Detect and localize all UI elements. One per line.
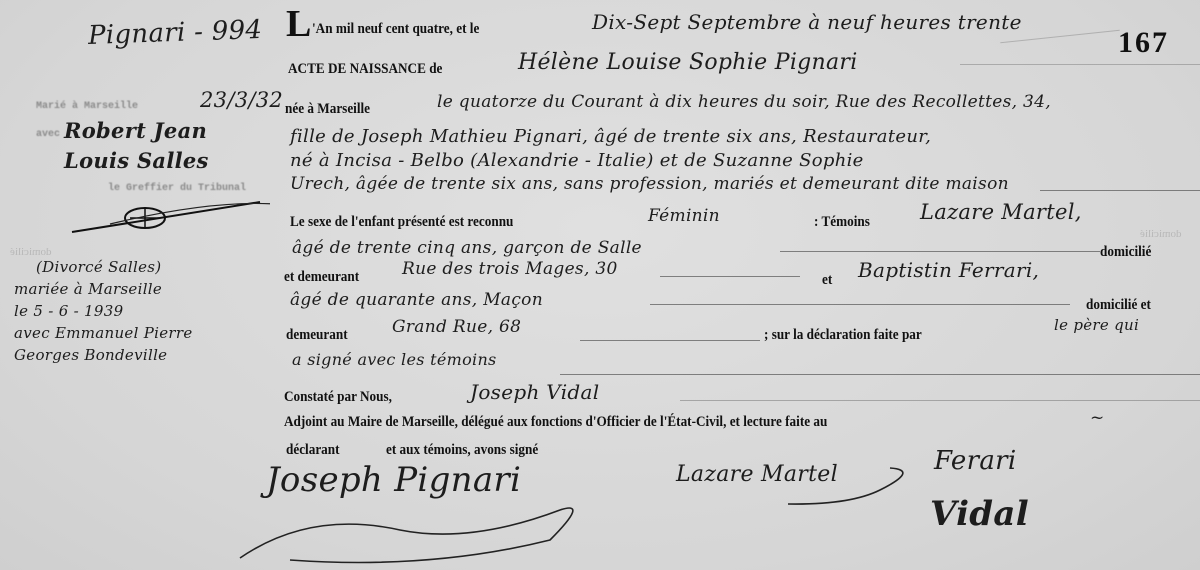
officer-name: Joseph Vidal	[470, 380, 599, 404]
adjoint-line: Adjoint au Maire de Marseille, délégué a…	[284, 414, 827, 431]
margin-note-line4: avec Emmanuel Pierre	[14, 324, 193, 342]
declaration-label: ; sur la déclaration faite par	[764, 327, 922, 344]
closing-signe: et aux témoins, avons signé	[386, 442, 538, 459]
margin-faded-avec: avec	[36, 129, 60, 140]
sex-label: Le sexe de l'enfant présenté est reconnu	[290, 214, 513, 231]
demeurant1-label: et demeurant	[284, 269, 359, 286]
demeurant2-rule	[580, 340, 760, 341]
opening-printed: 'An mil neuf cent quatre, et le	[312, 21, 479, 38]
demeurant1-address: Rue des trois Mages, 30	[402, 259, 618, 279]
child-name: Hélène Louise Sophie Pignari	[518, 50, 858, 75]
margin-faded-greffier: le Greffier du Tribunal	[108, 183, 246, 194]
temoin1-name: Lazare Martel,	[920, 200, 1082, 224]
signed-rule	[560, 374, 1200, 375]
bleedthrough-left: domicilié	[10, 246, 52, 258]
adjoint-tail: ~	[1090, 408, 1105, 428]
et-label: et	[822, 272, 832, 289]
act-number: 167	[1118, 26, 1169, 60]
birth-label: née à Marseille	[285, 101, 370, 118]
temoin2-rule	[650, 304, 1070, 305]
signature-officer: Vidal	[930, 494, 1029, 534]
temoin1-rule	[780, 251, 1100, 252]
birth-certificate-page: Pignari - 994 L 'An mil neuf cent quatre…	[0, 0, 1200, 570]
margin-note-line2: mariée à Marseille	[14, 280, 162, 298]
origin-line: né à Incisa - Belbo (Alexandrie - Italie…	[290, 150, 864, 171]
sex-value: Féminin	[648, 206, 720, 226]
margin-spouse1-signature: Robert Jean Louis Salles	[64, 116, 264, 176]
margin-date: 23/3/32	[200, 88, 283, 112]
signature-witness2: Ferari	[934, 446, 1016, 476]
greffier-paraph-icon	[70, 196, 270, 236]
father-signature-flourish-icon	[230, 480, 610, 570]
margin-note-line1: (Divorcé Salles)	[36, 258, 161, 276]
margin-note-line3: le 5 - 6 - 1939	[14, 302, 123, 320]
constate-rule	[680, 400, 1200, 401]
domicilie-label: domicilié	[1100, 244, 1151, 261]
constate-label: Constaté par Nous,	[284, 389, 392, 406]
acte-label: ACTE DE NAISSANCE de	[288, 61, 442, 78]
birth-details: le quatorze du Courant à dix heures du s…	[437, 92, 1051, 112]
temoins-label: : Témoins	[814, 214, 870, 231]
margin-faded-marie: Marié à Marseille	[36, 101, 138, 112]
temoin2-name: Baptistin Ferrari,	[858, 258, 1039, 282]
opening-date-handwritten: Dix-Sept Septembre à neuf heures trente	[592, 10, 1022, 34]
mother-rule	[1040, 190, 1200, 191]
header-rule	[960, 64, 1200, 65]
witness1-flourish-icon	[780, 460, 910, 510]
temoin2-details: âgé de quarante ans, Maçon	[290, 290, 543, 310]
temoin1-details: âgé de trente cinq ans, garçon de Salle	[292, 238, 642, 258]
declarant-value: le père qui	[1054, 316, 1139, 334]
signed-line: a signé avec les témoins	[292, 350, 497, 369]
demeurant2-address: Grand Rue, 68	[392, 317, 521, 337]
demeurant1-rule	[660, 276, 800, 277]
demeurant2-label: demeurant	[286, 327, 348, 344]
mother-line: Urech, âgée de trente six ans, sans prof…	[290, 174, 1009, 194]
domicilie-et-label: domicilié et	[1086, 297, 1151, 314]
margin-note-line5: Georges Bondeville	[14, 346, 167, 364]
closing-declarant: déclarant	[286, 442, 340, 459]
bleedthrough-domicilie: domicilié	[1140, 228, 1182, 240]
father-line: fille de Joseph Mathieu Pignari, âgé de …	[290, 126, 931, 147]
margin-reference: Pignari - 994	[88, 15, 263, 51]
dropcap-letter: L	[286, 2, 311, 46]
